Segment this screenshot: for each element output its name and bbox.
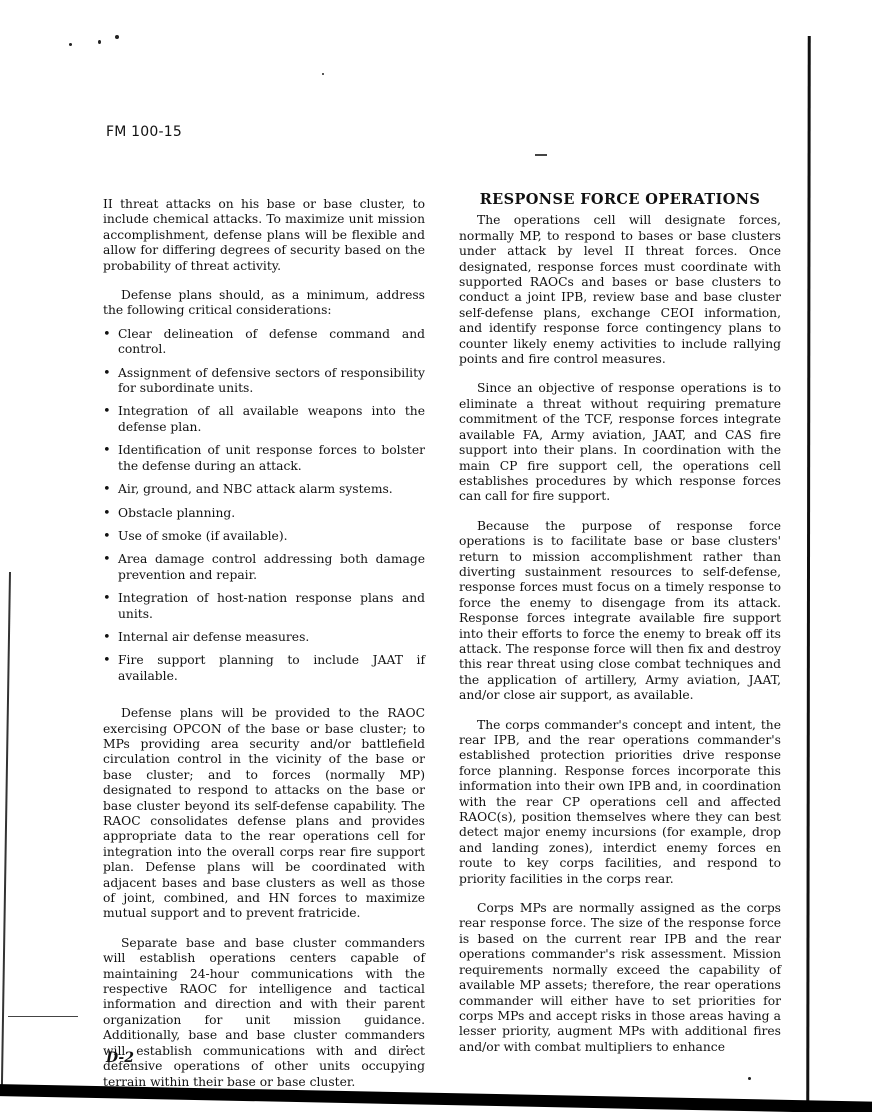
list-item: Air, ground, and NBC attack alarm system… [103,482,425,497]
list-item: Use of smoke (if available). [103,529,425,544]
section-heading: RESPONSE FORCE OPERATIONS [459,192,781,207]
paragraph: Corps MPs are normally assigned as the c… [459,901,781,1055]
scan-mark [535,154,547,156]
scan-speck [98,40,101,44]
paragraph: The corps commander's concept and intent… [459,718,781,887]
paragraph: Because the purpose of response force op… [459,519,781,704]
left-column: II threat attacks on his base or base cl… [103,197,425,1104]
continued-paragraph: II threat attacks on his base or base cl… [103,197,425,274]
right-column: RESPONSE FORCE OPERATIONS The operations… [459,192,781,1069]
paragraph: Defense plans will be provided to the RA… [103,706,425,922]
paragraph: Separate base and base cluster commander… [103,936,425,1090]
page-number: D-2 [106,1050,134,1066]
list-item: Integration of host-nation response plan… [103,591,425,622]
paragraph: The operations cell will designate force… [459,213,781,367]
list-item: Internal air defense measures. [103,630,425,645]
document-id: FM 100-15 [106,124,182,140]
page-edge-right [806,36,810,1102]
scan-speck [748,1077,751,1080]
considerations-list: Clear delineation of defense command and… [103,327,425,684]
page-edge-left [1,572,11,1087]
considerations-intro: Defense plans should, as a minimum, addr… [103,288,425,319]
list-item: Identification of unit response forces t… [103,443,425,474]
list-item: Assignment of defensive sectors of respo… [103,366,425,397]
scan-mark [8,1016,78,1017]
list-item: Clear delineation of defense command and… [103,327,425,358]
scan-speck [69,43,72,46]
scan-speck [322,73,324,75]
scan-speck [115,35,119,39]
list-item: Fire support planning to include JAAT if… [103,653,425,684]
list-item: Integration of all available weapons int… [103,404,425,435]
list-item: Area damage control addressing both dama… [103,552,425,583]
list-item: Obstacle planning. [103,506,425,521]
paragraph: Since an objective of response operation… [459,381,781,504]
